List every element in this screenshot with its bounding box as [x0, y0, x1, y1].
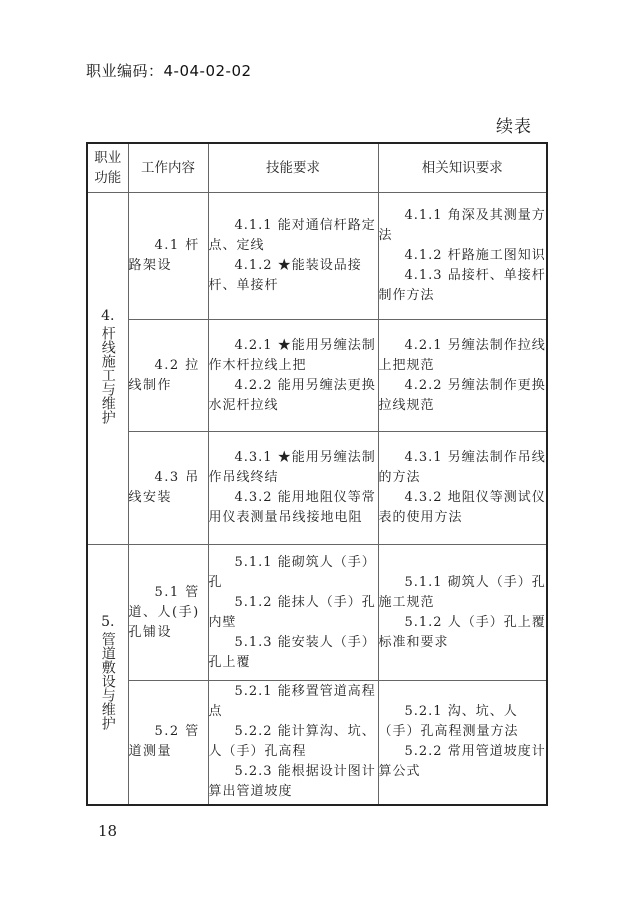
knowledge-item: 5.1.1 砌筑人（手）孔施工规范	[379, 573, 547, 613]
knowledge-item: 5.1.2 人（手）孔上覆标准和要求	[379, 613, 547, 653]
table-row: 5. 管道敷设与维护 5.1 管道、人(手)孔铺设 5.1.1 能砌筑人（手）孔…	[87, 545, 547, 681]
column-header-function: 职业 功能	[87, 143, 128, 193]
skill-cell: 5.1.1 能砌筑人（手）孔 5.1.2 能抹人（手）孔内壁 5.1.3 能安装…	[208, 545, 378, 681]
knowledge-cell: 4.2.1 另缠法制作拉线上把规范 4.2.2 另缠法制作更换拉线规范	[378, 320, 547, 432]
skill-cell: 5.2.1 能移置管道高程点 5.2.2 能计算沟、坑、人（手）孔高程 5.2.…	[208, 681, 378, 805]
column-header-skill-requirements: 技能要求	[208, 143, 378, 193]
skill-item: 5.2.1 能移置管道高程点	[209, 682, 378, 722]
function-number: 5.	[88, 612, 128, 632]
column-header-related-knowledge: 相关知识要求	[378, 143, 547, 193]
skill-item: 5.1.2 能抹人（手）孔内壁	[209, 593, 378, 633]
knowledge-cell: 5.2.1 沟、坑、人（手）孔高程测量方法 5.2.2 常用管道坡度计算公式	[378, 681, 547, 805]
work-content-cell: 4.3 吊线安装	[128, 432, 208, 545]
skill-cell: 4.3.1 ★能用另缠法制作吊线终结 4.3.2 能用地阻仪等常用仪表测量吊线接…	[208, 432, 378, 545]
work-content: 4.2 拉线制作	[129, 356, 208, 396]
knowledge-item: 4.1.3 品接杆、单接杆制作方法	[379, 266, 547, 306]
skill-cell: 4.2.1 ★能用另缠法制作木杆拉线上把 4.2.2 能用另缠法更换水泥杆拉线	[208, 320, 378, 432]
knowledge-item: 4.3.2 地阻仪等测试仪表的使用方法	[379, 488, 547, 528]
knowledge-item: 4.2.2 另缠法制作更换拉线规范	[379, 376, 547, 416]
knowledge-item: 4.1.2 杆路施工图知识	[379, 246, 547, 266]
table-header-row: 职业 功能 工作内容 技能要求 相关知识要求	[87, 143, 547, 193]
knowledge-cell: 4.1.1 角深及其测量方法 4.1.2 杆路施工图知识 4.1.3 品接杆、单…	[378, 193, 547, 320]
skill-item: 5.1.3 能安装人（手）孔上覆	[209, 633, 378, 673]
work-content: 5.2 管道测量	[129, 722, 208, 762]
skill-item: 4.1.2 ★能装设品接杆、单接杆	[209, 256, 378, 296]
column-header-function-line2: 功能	[94, 170, 121, 186]
knowledge-cell: 5.1.1 砌筑人（手）孔施工规范 5.1.2 人（手）孔上覆标准和要求	[378, 545, 547, 681]
skill-item: 4.2.1 ★能用另缠法制作木杆拉线上把	[209, 336, 378, 376]
skill-item: 4.3.2 能用地阻仪等常用仪表测量吊线接地电阻	[209, 488, 378, 528]
knowledge-item: 5.2.1 沟、坑、人（手）孔高程测量方法	[379, 702, 547, 742]
occupation-code: 职业编码：4-04-02-02	[86, 60, 252, 81]
knowledge-item: 4.2.1 另缠法制作拉线上把规范	[379, 336, 547, 376]
column-header-function-line1: 职业	[94, 150, 121, 166]
work-content: 4.1 杆路架设	[129, 236, 208, 276]
function-name: 杆线施工与维护	[100, 326, 116, 424]
skill-item: 4.1.1 能对通信杆路定点、定线	[209, 216, 378, 256]
work-content-cell: 5.2 管道测量	[128, 681, 208, 805]
continued-table-label: 续表	[496, 112, 532, 137]
page-number: 18	[98, 822, 117, 840]
skill-item: 4.3.1 ★能用另缠法制作吊线终结	[209, 448, 378, 488]
table-row: 4.2 拉线制作 4.2.1 ★能用另缠法制作木杆拉线上把 4.2.2 能用另缠…	[87, 320, 547, 432]
work-content: 4.3 吊线安装	[129, 468, 208, 508]
knowledge-item: 4.1.1 角深及其测量方法	[379, 206, 547, 246]
table-row: 4. 杆线施工与维护 4.1 杆路架设 4.1.1 能对通信杆路定点、定线 4.…	[87, 193, 547, 320]
skill-requirements-table: 职业 功能 工作内容 技能要求 相关知识要求 4. 杆线施工与维护 4.1 杆路…	[86, 142, 548, 806]
work-content: 5.1 管道、人(手)孔铺设	[129, 583, 208, 643]
knowledge-item: 5.2.2 常用管道坡度计算公式	[379, 742, 547, 782]
skill-item: 5.2.2 能计算沟、坑、人（手）孔高程	[209, 722, 378, 762]
function-number: 4.	[88, 306, 128, 326]
function-name: 管道敷设与维护	[100, 632, 116, 730]
function-cell-group-4: 4. 杆线施工与维护	[87, 193, 128, 545]
skill-cell: 4.1.1 能对通信杆路定点、定线 4.1.2 ★能装设品接杆、单接杆	[208, 193, 378, 320]
knowledge-cell: 4.3.1 另缠法制作吊线的方法 4.3.2 地阻仪等测试仪表的使用方法	[378, 432, 547, 545]
column-header-work-content: 工作内容	[128, 143, 208, 193]
function-cell-group-5: 5. 管道敷设与维护	[87, 545, 128, 805]
skill-item: 5.2.3 能根据设计图计算出管道坡度	[209, 762, 378, 802]
work-content-cell: 4.2 拉线制作	[128, 320, 208, 432]
work-content-cell: 4.1 杆路架设	[128, 193, 208, 320]
table-row: 5.2 管道测量 5.2.1 能移置管道高程点 5.2.2 能计算沟、坑、人（手…	[87, 681, 547, 805]
work-content-cell: 5.1 管道、人(手)孔铺设	[128, 545, 208, 681]
skill-item: 4.2.2 能用另缠法更换水泥杆拉线	[209, 376, 378, 416]
table-row: 4.3 吊线安装 4.3.1 ★能用另缠法制作吊线终结 4.3.2 能用地阻仪等…	[87, 432, 547, 545]
knowledge-item: 4.3.1 另缠法制作吊线的方法	[379, 448, 547, 488]
skill-item: 5.1.1 能砌筑人（手）孔	[209, 553, 378, 593]
